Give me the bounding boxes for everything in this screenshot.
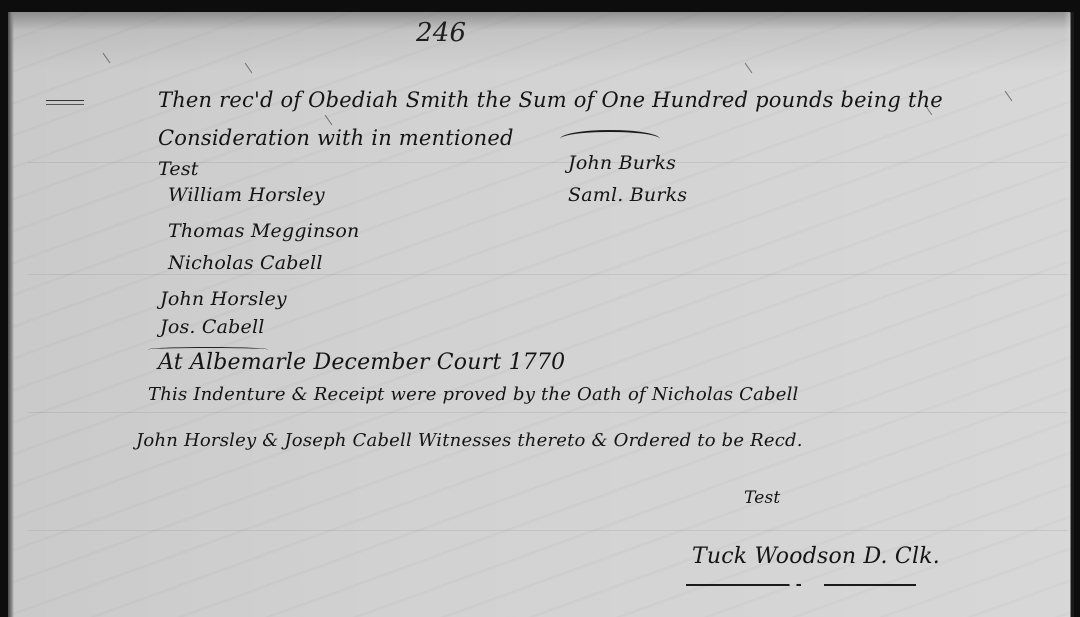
- signer-name: Saml. Burks: [568, 184, 687, 206]
- witness-label: Test: [158, 158, 199, 180]
- flourish-mark: [560, 130, 660, 148]
- page-number: 246: [416, 18, 466, 48]
- receipt-line-1: Then rec'd of Obediah Smith the Sum of O…: [158, 88, 943, 112]
- faint-ruling: [28, 274, 1068, 275]
- signer-name: John Burks: [568, 152, 676, 174]
- witness-name: Nicholas Cabell: [168, 252, 323, 274]
- paper-speck: [103, 53, 111, 63]
- witness-name: Thomas Megginson: [168, 220, 359, 242]
- ledger-page: 246 Then rec'd of Obediah Smith the Sum …: [8, 12, 1074, 617]
- paper-speck: [1005, 91, 1013, 101]
- court-proved-line-1: This Indenture & Receipt were proved by …: [148, 384, 799, 405]
- paper-speck: [325, 115, 333, 125]
- paper-speck: [745, 63, 753, 73]
- faint-ruling: [28, 530, 1068, 531]
- court-proved-line-2: John Horsley & Joseph Cabell Witnesses t…: [136, 430, 803, 451]
- scan-frame: 246 Then rec'd of Obediah Smith the Sum …: [0, 0, 1080, 617]
- receipt-line-2: Consideration with in mentioned: [158, 126, 514, 150]
- faint-ruling: [28, 412, 1068, 413]
- clerk-signature: Tuck Woodson D. Clk.: [692, 544, 940, 569]
- signature-underline: [686, 584, 916, 586]
- paper-speck: [245, 63, 253, 73]
- court-heading: At Albemarle December Court 1770: [158, 350, 565, 375]
- margin-mark: [46, 100, 84, 105]
- teste-label: Test: [744, 488, 780, 508]
- witness-name: John Horsley: [160, 288, 287, 310]
- witness-name: William Horsley: [168, 184, 325, 206]
- witness-name: Jos. Cabell: [160, 316, 265, 338]
